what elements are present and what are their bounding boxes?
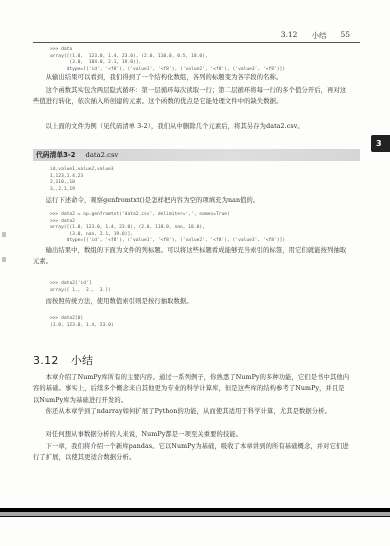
paragraph-structured-array: 从输出结果可以看到，我们得到了一个结构化数组，各列的标题变为各字段的名称。 [33,72,351,83]
code-line: array([ 1., 2., 3.]) [50,288,111,295]
running-header: 3.12 小结 55 [33,28,360,43]
code-line: dtype=[('id', '<f8'), ('value1', '<f8'),… [50,238,285,245]
margin-mark [2,232,6,237]
paragraph-save-data2: 以上面的文件为例（见代码清单 3-2），我们从中删除几个元素后，将其另存为dat… [33,121,351,132]
listing-label: 代码清单3-2 [36,151,75,159]
code-line: (1.0, 123.0, 1.4, 23.0) [50,323,114,330]
page-number: 55 [340,30,350,41]
footer-rule [0,516,390,517]
paragraph-run-command: 运行下述命令，观察genfromtxt()是怎样把内容为空的项填充为nan值的。 [33,195,351,206]
code-block-data-output: >>> dataarray([(1.0, 123.0, 1.4, 23.0), … [50,47,285,73]
paragraph-row-index: 而按照传统方法，使用数值索引则是按行抽取数据。 [33,296,351,307]
section-number: 3.12 [33,354,59,367]
section-heading: 3.12小结 [33,352,93,368]
paragraph-implicit-loops: 这个函数其实包含两层隐式循环：第一层循环每次读取一行；第二层循环将每一行的多个值… [33,85,351,108]
code-block-row-index: >>> data2[0](1.0, 123.0, 1.4, 23.0) [50,316,114,329]
summary-paragraph-pandas: 下一章，我们将介绍一个新库pandas。它以NumPy为基础，吸收了本章讲到的所… [33,441,351,464]
margin-mark [2,257,6,262]
code-block-genfromtxt: >>> data2 = np.genfromtxt('data2.csv', d… [50,212,285,245]
code-listing-header: 代码清单3-2data2.csv [33,149,360,161]
code-line: 3,,2.1,19 [50,187,114,194]
chapter-tab: 3 [371,135,390,152]
summary-paragraph-numpy: 本章介绍了NumPy库所有的主要内容。通过一系列例子，你熟悉了NumPy的多种功… [33,372,351,406]
code-listing-body: id,value1,value2,value31,123,1.4,232,110… [50,167,114,193]
section-title: 小结 [71,354,94,367]
code-block-column-index: >>> data2['id']array([ 1., 2., 3.]) [50,281,111,294]
listing-filename: data2.csv [85,151,118,159]
header-section-title: 小结 [311,30,326,41]
header-section-number: 3.12 [281,30,298,41]
summary-paragraph-ndarray: 你还从本章学到了ndarray如何扩展了Python的功能，从而使其适用于科学计… [33,406,351,417]
summary-paragraph-skill: 对任何想从事数据分析的人来说，NumPy都是一项至关重要的技能。 [33,429,351,440]
code-line: id,value1,value2,value3 [50,167,114,174]
paragraph-column-headers: 输出结果中，数组的下面为文件的列标题。可以将这些标题看成能够充当索引的标签，用它… [33,245,351,268]
